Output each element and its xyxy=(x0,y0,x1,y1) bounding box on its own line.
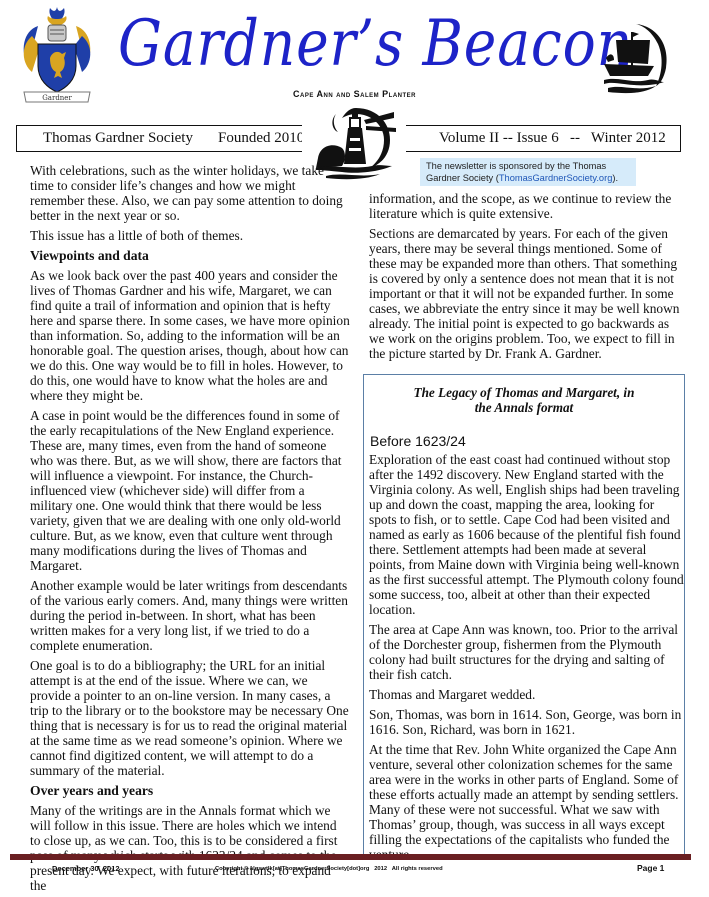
sons-paragraph: Son, Thomas, was born in 1614. Son, Geor… xyxy=(369,707,685,737)
case-in-point-paragraph: A case in point would be the differences… xyxy=(30,408,350,573)
right-column: information, and the scope, as we contin… xyxy=(369,191,685,366)
footer-copyright: Copyright © algswtlk[at]ThomasGardnerSoc… xyxy=(215,866,443,872)
section-heading-years: Over years and years xyxy=(30,783,350,798)
volume-issue: Volume II -- Issue 6 -- Winter 2012 xyxy=(439,130,666,147)
page-number: Page 1 xyxy=(637,863,664,873)
cape-ann-paragraph: The area at Cape Ann was known, too. Pri… xyxy=(369,622,685,682)
annals-title-line-2: the Annals format xyxy=(364,400,684,415)
annals-title-line-1: The Legacy of Thomas and Margaret, in xyxy=(364,385,684,400)
another-example-paragraph: Another example would be later writings … xyxy=(30,578,350,653)
sponsor-text-end: ). xyxy=(612,173,618,183)
footer-divider xyxy=(10,854,691,860)
society-website-link[interactable]: ThomasGardnerSociety.org xyxy=(499,173,613,183)
annals-sidebar: The Legacy of Thomas and Margaret, in th… xyxy=(363,374,685,856)
newsletter-subtitle: Cape Ann and Salem Planter xyxy=(0,89,709,99)
viewpoints-paragraph: As we look back over the past 400 years … xyxy=(30,268,350,403)
footer-date: December 30, 2012 xyxy=(52,864,120,873)
continued-paragraph: information, and the scope, as we contin… xyxy=(369,191,685,221)
intro-paragraph: With celebrations, such as the winter ho… xyxy=(30,163,350,223)
sponsor-note: The newsletter is sponsored by the Thoma… xyxy=(420,158,636,186)
society-name: Thomas Gardner Society xyxy=(43,130,193,147)
wedding-paragraph: Thomas and Margaret wedded. xyxy=(369,687,685,702)
newsletter-title: Gardner’s Beacon xyxy=(118,4,539,84)
annals-format-paragraph: Many of the writings are in the Annals f… xyxy=(30,803,350,893)
venture-paragraph: At the time that Rev. John White organiz… xyxy=(369,742,685,862)
sections-paragraph: Sections are demarcated by years. For ea… xyxy=(369,226,685,361)
themes-paragraph: This issue has a little of both of theme… xyxy=(30,228,350,243)
viking-ship-icon xyxy=(604,22,676,96)
left-column: With celebrations, such as the winter ho… xyxy=(30,163,350,897)
founded-date: Founded 2010 xyxy=(218,130,304,147)
exploration-paragraph: Exploration of the east coast had contin… xyxy=(369,452,685,617)
section-heading-viewpoints: Viewpoints and data xyxy=(30,248,350,263)
bibliography-paragraph: One goal is to do a bibliography; the UR… xyxy=(30,658,350,778)
annals-body: Exploration of the east coast had contin… xyxy=(369,452,685,867)
annals-title: The Legacy of Thomas and Margaret, in th… xyxy=(364,385,684,415)
annals-year-heading: Before 1623/24 xyxy=(370,433,466,449)
